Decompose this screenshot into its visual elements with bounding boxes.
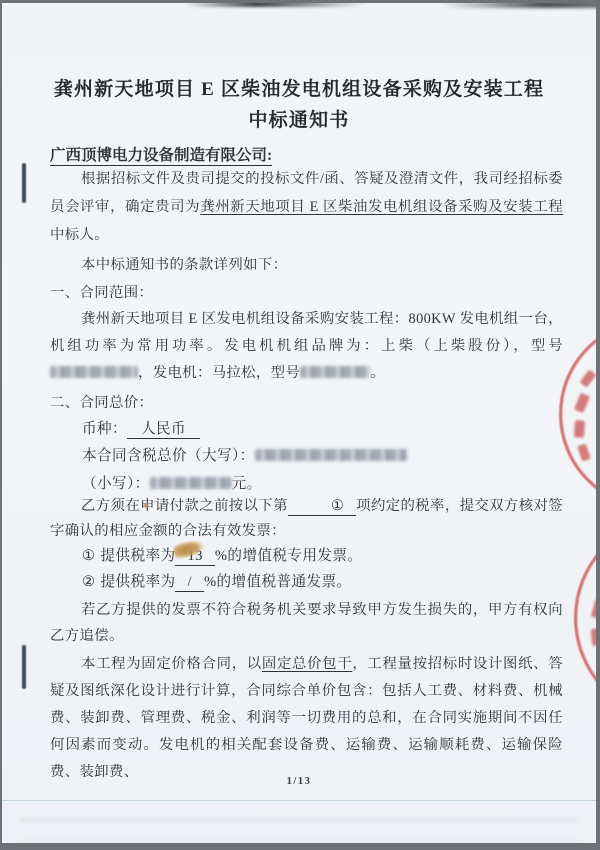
tax-clause-text-1: 乙方须在申请付款之前按以下第 [81, 498, 288, 514]
seal-glyph [580, 369, 596, 387]
scan-smudge-top-left [185, 3, 365, 7]
invoice-liability-paragraph: 若乙方提供的发票不符合税务机关要求导致甲方发生损失的，甲方有权向乙方追偿。 [50, 597, 563, 649]
redacted-engine-model [50, 366, 138, 378]
circled-two-marker: ② [82, 574, 95, 590]
lump-sum-underlined: 固定总价包干 [262, 656, 352, 672]
section2-heading: 二、合同总价： [50, 390, 563, 416]
seal-glyph [574, 420, 585, 438]
title-line-1: 龚州新天地项目 E 区柴油发电机组设备采购及安装工程 [2, 74, 596, 105]
redacted-total-price-caps [255, 449, 407, 461]
red-seal-stamp-lower [574, 515, 596, 721]
total-small-label: （小写）： [82, 476, 150, 492]
scope-text-3: 。 [370, 365, 385, 381]
binding-mark-upper [22, 163, 26, 203]
scan-line-artifact [2, 800, 596, 801]
bleed-through-text-ghost [20, 809, 578, 841]
intro-paragraph: 根据招标文件及贵司提交的投标文件/函、答疑及澄清文件，我司经招标委员会评审，确定… [50, 165, 563, 249]
intro-text-2: 中标人。 [50, 227, 109, 243]
tax-item-2-text-1: 提供税率为 [100, 574, 175, 590]
tax-clause-paragraph: 乙方须在申请付款之前按以下第①项约定的税率，提交双方核对签字确认的相应金额的合法… [50, 494, 563, 543]
small-ink-dot [143, 502, 149, 509]
scope-text-2: ，发电机：马拉松，型号 [138, 365, 300, 381]
tax-item-2-text-2: %的增值税普通发票。 [204, 574, 352, 590]
section1-body: 龚州新天地项目 E 区发电机组设备采购安装工程：800KW 发电机组一台，机组功… [50, 306, 563, 387]
redacted-alternator-model [300, 366, 370, 378]
total-caps-label: 本合同含税总价（大写）： [82, 448, 255, 464]
tax-item-1-text-2: %的增值税专用发票。 [215, 548, 363, 564]
scanned-document-screenshot: { "document": { "title": { "line1": "龚州新… [0, 0, 600, 850]
total-price-small-line: （小写）：元。 [82, 472, 262, 496]
price-text-2: ，工程量按招标时设计图纸、答疑及图纸深化设计进行计算，合同综合单价包含：包括人工… [50, 656, 563, 780]
circled-one-marker: ① [82, 548, 95, 564]
tax-option-blank: ① [288, 498, 356, 516]
currency-value-underlined: 人民币 [127, 421, 200, 439]
tax-item-1: ①提供税率为13%的增值税专用发票。 [82, 544, 362, 568]
seal-glyph [591, 628, 596, 646]
seal-glyph [577, 444, 591, 462]
page-number: 1/13 [2, 776, 596, 787]
fixed-price-paragraph: 本工程为固定价格合同，以固定总价包干，工程量按招标时设计图纸、答疑及图纸深化设计… [50, 651, 563, 786]
addressee-line: 广西顶博电力设备制造有限公司: [50, 143, 272, 165]
scope-text-1: 龚州新天地项目 E 区发电机组设备采购安装工程：800KW 发电机组一台，机组功… [50, 311, 563, 354]
total-price-caps-line: 本合同含税总价（大写）： [82, 444, 407, 468]
tax-item-2: ②提供税率为/%的增值税普通发票。 [82, 570, 351, 594]
redacted-total-price-figures [150, 477, 232, 489]
seal-glyph [591, 599, 596, 619]
tax-item-1-text-1: 提供税率为 [100, 548, 175, 564]
currency-label: 币种： [82, 421, 127, 437]
scan-smudge-top-right [442, 3, 596, 8]
red-seal-stamp-upper [559, 319, 596, 509]
tax-rate-blank-slash: / [175, 574, 203, 592]
section1-heading: 一、合同范围： [50, 280, 563, 306]
terms-intro-line: 本中标通知书的条款详列如下： [50, 251, 563, 279]
price-text-1: 本工程为固定价格合同，以 [81, 656, 262, 672]
title-line-2: 中标通知书 [2, 105, 596, 136]
intro-project-name-underlined: 龚州新天地项目 E 区柴油发电机组设备采购及安装工程 [200, 199, 563, 215]
binding-mark-lower [22, 645, 26, 689]
document-title: 龚州新天地项目 E 区柴油发电机组设备采购及安装工程 中标通知书 [2, 74, 596, 136]
currency-line: 币种：人民币 [82, 417, 200, 441]
total-small-suffix: 元。 [232, 476, 262, 492]
scanned-document-page: 龚州新天地项目 E 区柴油发电机组设备采购及安装工程 中标通知书 广西顶博电力设… [2, 3, 596, 843]
seal-glyph [574, 393, 590, 413]
addressee-company-name: 广西顶博电力设备制造有限公司: [50, 147, 272, 166]
